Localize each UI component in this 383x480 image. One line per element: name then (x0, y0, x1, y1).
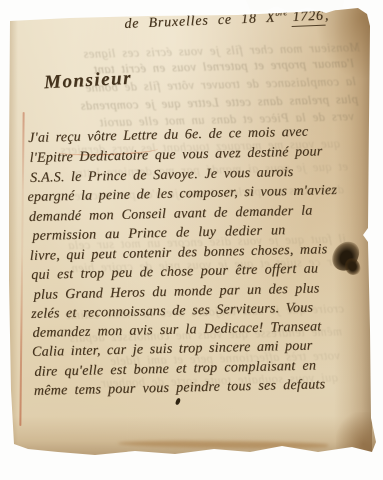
edge-speck (369, 144, 373, 150)
bleedthrough-line: plus prelans dans cette Lettre que je co… (36, 92, 358, 115)
salutation: Monsieur (43, 68, 132, 95)
edge-speck (370, 52, 375, 57)
manuscript-line: l'Epitre Dedicatoire que vous avez desti… (29, 144, 322, 167)
manuscript-line: epargné la peine de les composer, si vou… (27, 183, 337, 206)
manuscript-line: S.A.S. le Prince de Savoye. Je vous auro… (30, 165, 294, 187)
manuscript-line: même tems pour vous peindre tous ses def… (34, 377, 326, 400)
manuscript-line: J'ai reçu vôtre Lettre du 6e. de ce mois… (28, 125, 309, 147)
manuscript-line: permission au Prince de luy dedier un (32, 223, 285, 245)
letter-paper-sheet: Monsieur mon cher fils je vous écris ces… (0, 0, 383, 480)
scanned-letter-page: Monsieur mon cher fils je vous écris ces… (0, 0, 383, 480)
manuscript-line: qui est trop peu de chose pour être offe… (31, 261, 318, 284)
dateline-place-date: de Bruxelles ce 18 X (124, 11, 276, 32)
paper-left-edge-shading (8, 15, 18, 455)
bleedthrough-line: Monsieur mon cher fils je vous écris ces… (48, 40, 360, 63)
manuscript-line: Calia inter, car je suis trop sincere am… (32, 339, 313, 361)
red-chalk-margin-line (19, 112, 24, 426)
dateline-year: 1726 (291, 9, 325, 27)
letter-body: J'ai reçu vôtre Lettre du 6e. de ce mois… (26, 123, 377, 421)
paper-bottom-right-corner-stain (336, 412, 378, 458)
paper-bottom-edge-shading (0, 416, 383, 458)
